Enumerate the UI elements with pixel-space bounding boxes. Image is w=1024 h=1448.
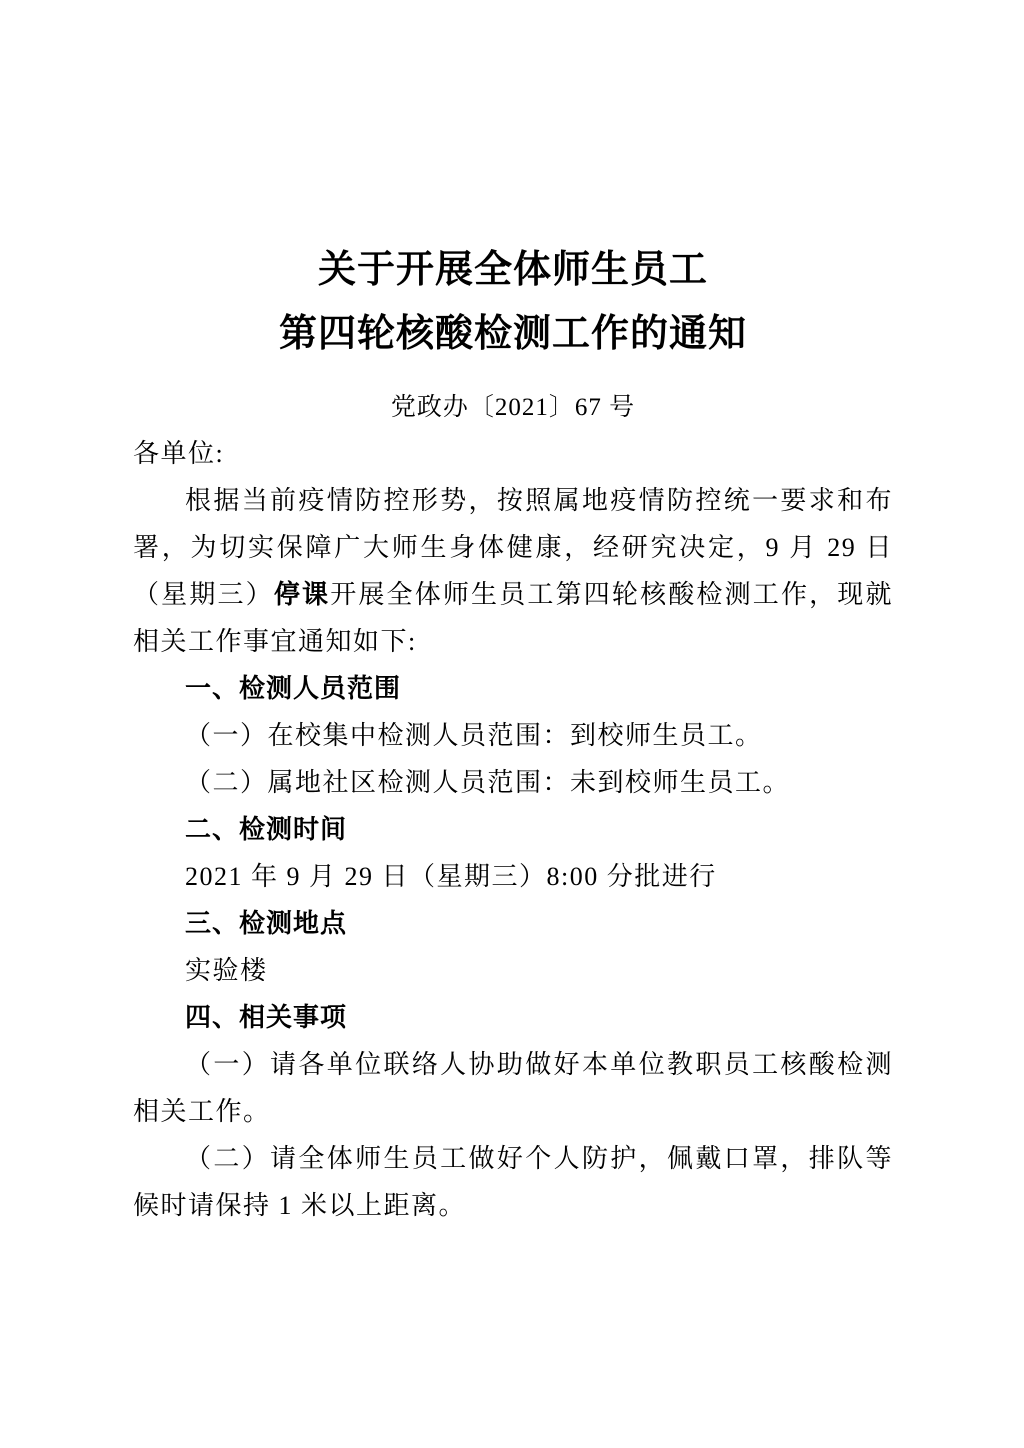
document-title-line-2: 第四轮核酸检测工作的通知	[279, 313, 747, 355]
intro-bold-run: 停课	[274, 580, 330, 609]
salutation: 各单位:	[133, 430, 893, 477]
section-4-item-2: （二）请全体师生员工做好个人防护，佩戴口罩，排队等候时请保持 1 米以上距离。	[133, 1135, 893, 1229]
section-4-heading: 四、相关事项	[133, 994, 893, 1041]
document-number: 党政办〔2021〕67 号	[133, 386, 893, 430]
document-title: 关于开展全体师生员工第四轮核酸检测工作的通知	[133, 238, 893, 366]
section-2-heading: 二、检测时间	[133, 806, 893, 853]
section-1-scope: 一、检测人员范围 （一）在校集中检测人员范围：到校师生员工。 （二）属地社区检测…	[133, 665, 893, 806]
notice-page: 关于开展全体师生员工第四轮核酸检测工作的通知 党政办〔2021〕67 号 各单位…	[0, 0, 1024, 1448]
section-3-location: 三、检测地点 实验楼	[133, 900, 893, 994]
section-3-item-1: 实验楼	[133, 947, 893, 994]
section-4-notes: 四、相关事项 （一）请各单位联络人协助做好本单位教职员工核酸检测相关工作。 （二…	[133, 994, 893, 1229]
section-2-time: 二、检测时间 2021 年 9 月 29 日（星期三）8:00 分批进行	[133, 806, 893, 900]
section-2-item-1: 2021 年 9 月 29 日（星期三）8:00 分批进行	[133, 853, 893, 900]
document-body: 各单位: 根据当前疫情防控形势，按照属地疫情防控统一要求和布署，为切实保障广大师…	[133, 430, 893, 1229]
section-1-item-2: （二）属地社区检测人员范围：未到校师生员工。	[133, 759, 893, 806]
section-1-item-1: （一）在校集中检测人员范围：到校师生员工。	[133, 712, 893, 759]
document-title-line-1: 关于开展全体师生员工	[318, 249, 708, 291]
section-4-item-1: （一）请各单位联络人协助做好本单位教职员工核酸检测相关工作。	[133, 1041, 893, 1135]
intro-paragraph: 根据当前疫情防控形势，按照属地疫情防控统一要求和布署，为切实保障广大师生身体健康…	[133, 477, 893, 665]
section-1-heading: 一、检测人员范围	[133, 665, 893, 712]
section-3-heading: 三、检测地点	[133, 900, 893, 947]
